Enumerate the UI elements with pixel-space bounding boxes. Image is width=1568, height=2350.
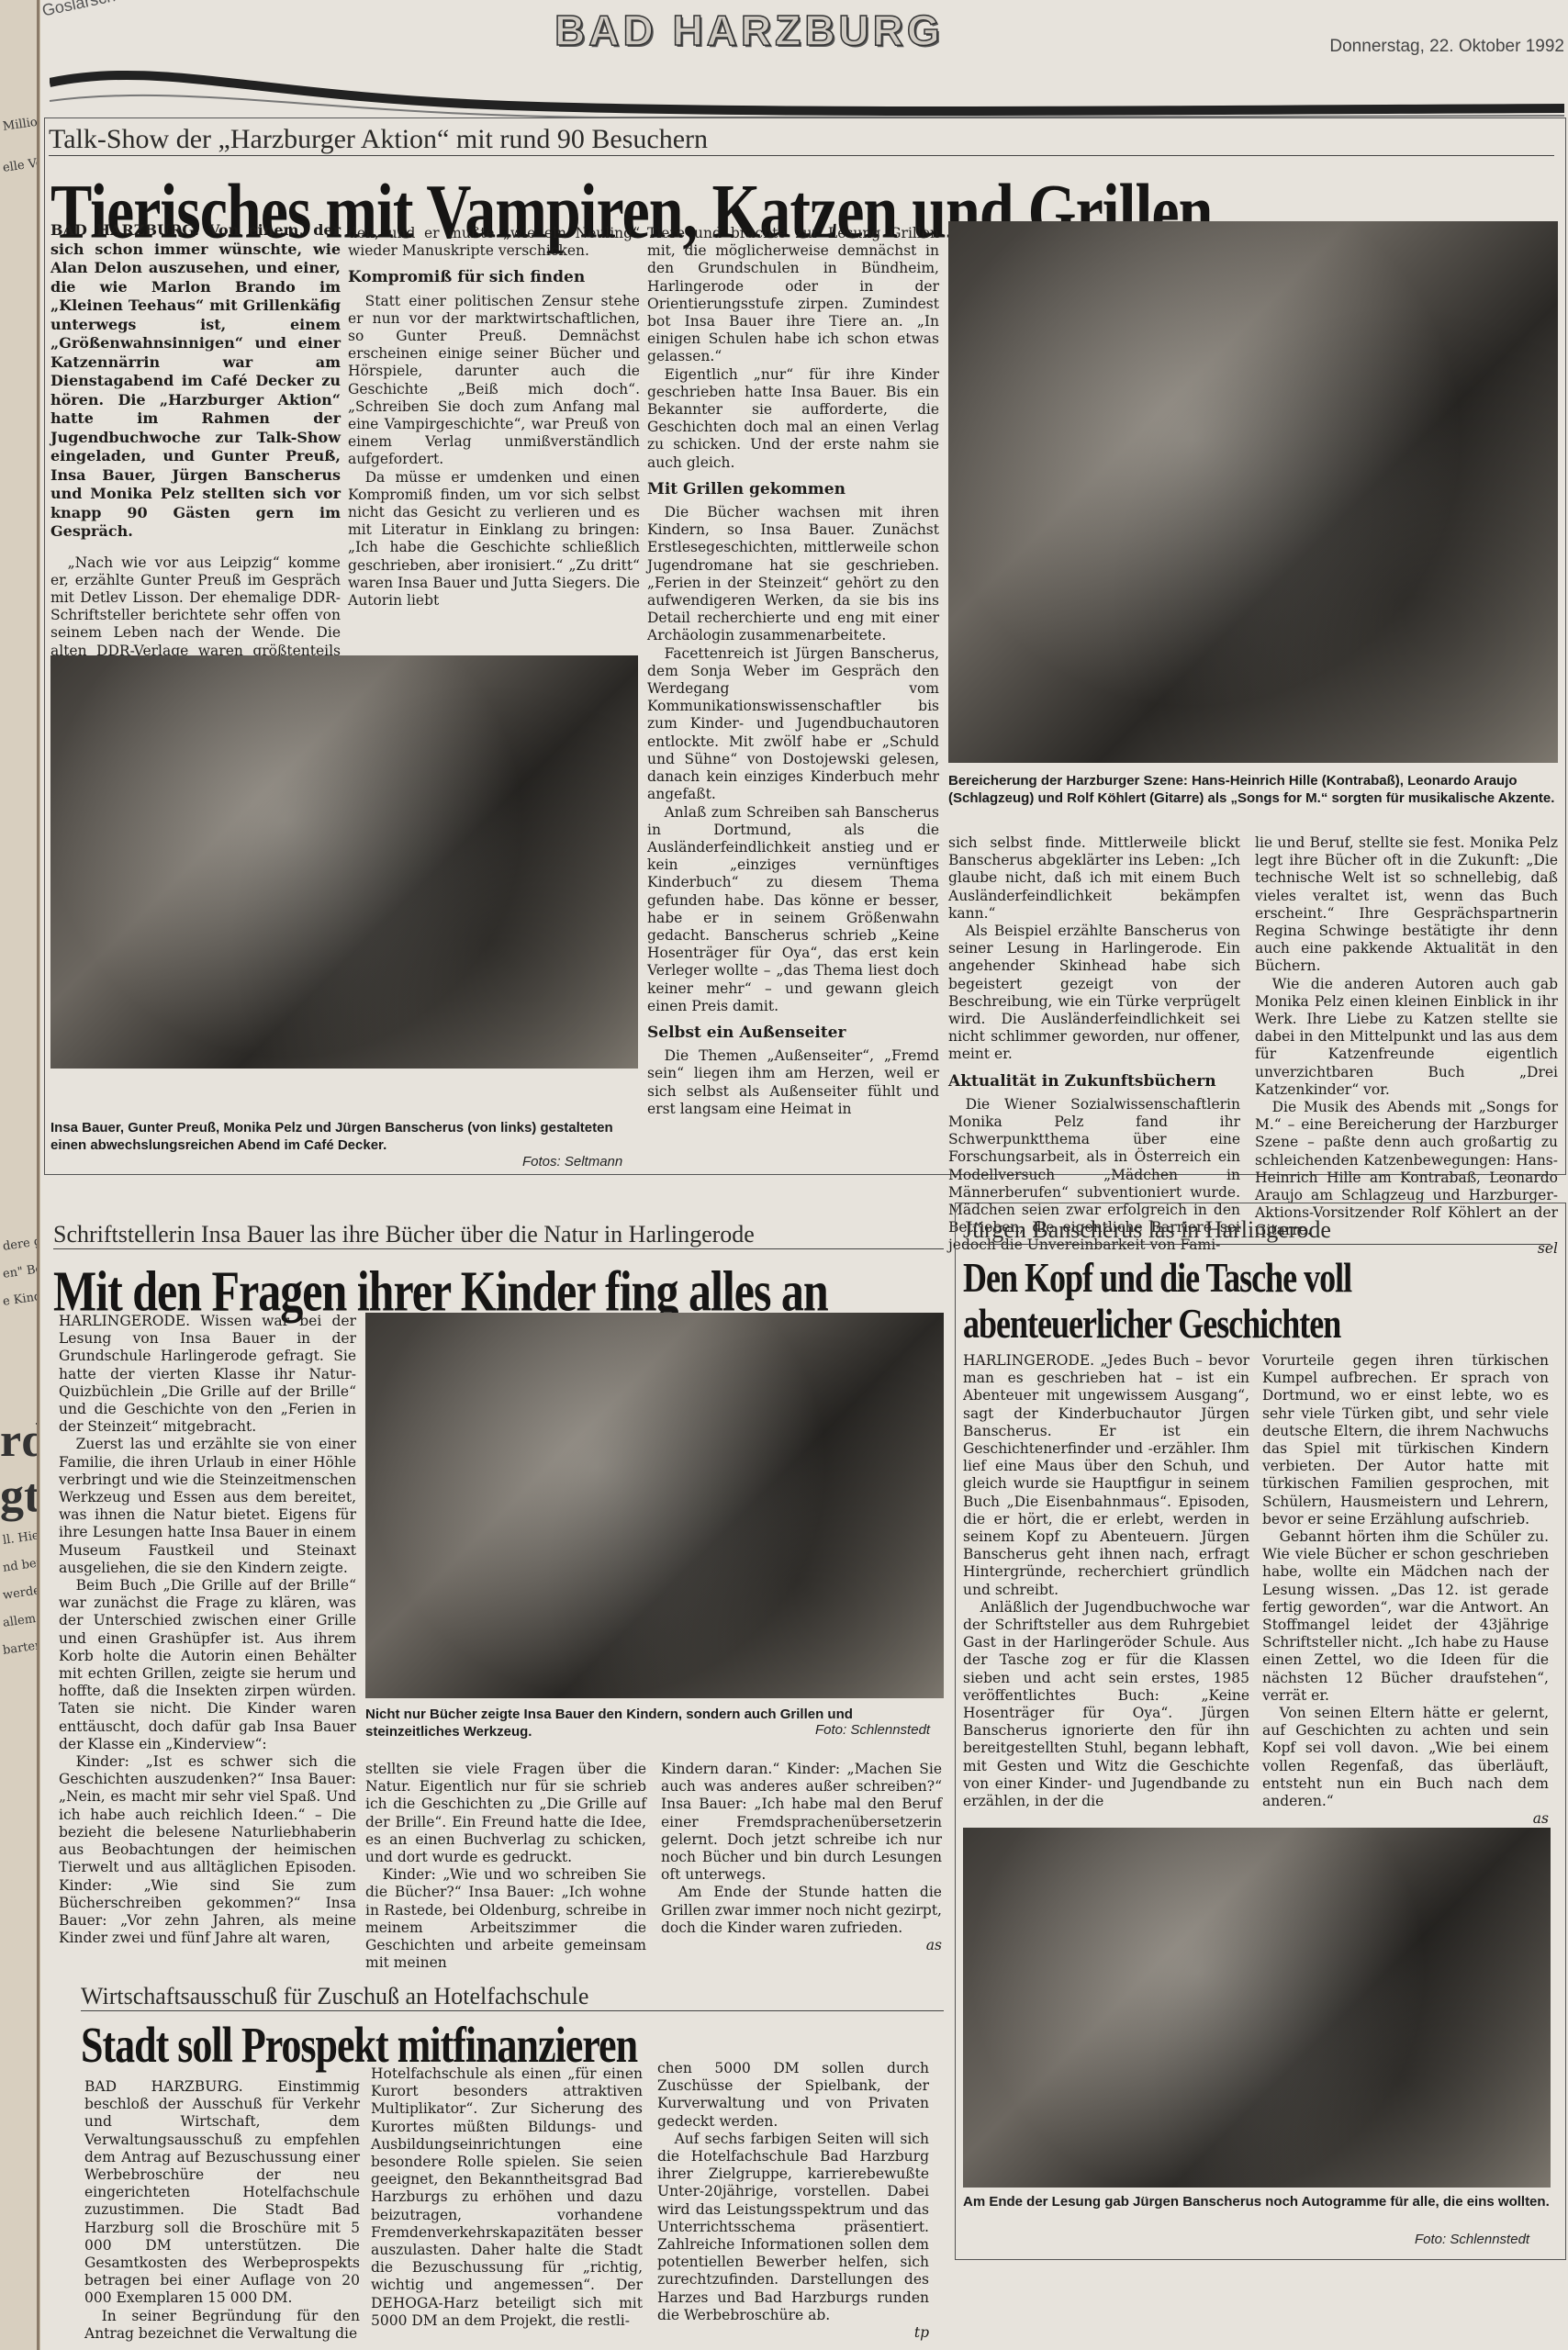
paragraph: Die Bücher wachsen mit ihren Kindern, so… <box>647 504 939 645</box>
subheading: Mit Grillen gekommen <box>647 481 939 498</box>
paragraph: BAD HARZBURG. Einstimmig beschloß der Au… <box>84 2078 360 2308</box>
lead-paragraph: BAD HARZBURG. Von einem, der sich schon … <box>50 221 341 542</box>
headline-line: Den Kopf und die Tasche voll <box>963 1255 1351 1301</box>
paragraph: stellten sie viele Fragen über die Natur… <box>365 1761 646 1866</box>
photo-credit: Foto: Schlennstedt <box>815 1722 930 1738</box>
photo-caption: Bereicherung der Harzburger Szene: Hans-… <box>948 772 1558 807</box>
paragraph: Tiere und brachte zur Lesung Grillen mit… <box>647 225 939 366</box>
photo-caption: Am Ende der Lesung gab Jürgen Banscherus… <box>963 2193 1551 2210</box>
photo-band-songs-for-m <box>948 221 1558 763</box>
paragraph: In seiner Begründung für den Antrag beze… <box>84 2308 360 2343</box>
paragraph: Als Beispiel erzählte Banscherus von sei… <box>948 923 1240 1064</box>
paragraph: Da müsse er umdenken und einen Kompromiß… <box>348 469 640 610</box>
paragraph: Kinder: „Ist es schwer sich die Geschich… <box>59 1753 356 1947</box>
adjacent-text-fragment: barten Woh <box>2 1633 39 1659</box>
subheading: Selbst ein Außenseiter <box>647 1024 939 1042</box>
kicker: Talk-Show der „Harzburger Aktion“ mit ru… <box>49 124 1554 156</box>
article-column: Kindern daran.“ Kinder: „Machen Sie auch… <box>661 1761 942 1954</box>
article-column: Tiere und brachte zur Lesung Grillen mit… <box>647 225 939 1118</box>
article-column: chen 5000 DM sollen durch Zuschüsse der … <box>657 2060 929 2342</box>
issue-date: Donnerstag, 22. Oktober 1992 <box>1329 37 1564 57</box>
adjacent-text-fragment: Millionen <box>2 111 39 135</box>
photo-authors-talkshow <box>50 655 638 1069</box>
paragraph: Kinder: „Wie und wo schreiben Sie die Bü… <box>365 1866 646 1972</box>
paragraph: sich selbst finde. Mittlerweile blickt B… <box>948 834 1240 923</box>
paragraph: Auf sechs farbigen Seiten will sich die … <box>657 2131 929 2324</box>
author-signature: tp <box>657 2324 929 2342</box>
adjacent-text-fragment: elle Verbe <box>2 152 39 177</box>
article-column: den, und er mußte „wie ein Neuling“ wied… <box>348 225 640 610</box>
adjacent-text-fragment: e Kinder z <box>2 1286 39 1311</box>
paragraph: Gebannt hörten ihm die Schüler zu. Wie v… <box>1262 1528 1549 1705</box>
article-column: lie und Beruf, stellte sie fest. Monika … <box>1255 834 1558 1258</box>
newspaper-page: Goslarsche Zeitung BAD HARZBURG Donnerst… <box>40 0 1568 2350</box>
article-column: HARLINGERODE. Wissen war bei der Lesung … <box>59 1313 356 1947</box>
masthead: Goslarsche Zeitung BAD HARZBURG Donnerst… <box>40 0 1568 119</box>
paragraph: chen 5000 DM sollen durch Zuschüsse der … <box>657 2060 929 2131</box>
article-talkshow: Talk-Show der „Harzburger Aktion“ mit ru… <box>44 117 1566 1175</box>
paragraph: Anlaß zum Schreiben sah Banscherus in Do… <box>647 804 939 1015</box>
article-column: HARLINGERODE. „Jedes Buch – bevor man es… <box>963 1352 1249 1810</box>
adjacent-text-fragment: werden. Ein <box>2 1578 39 1605</box>
adjacent-page-strip: Millionen elle Verbe dere gelte en" Bere… <box>0 0 39 2350</box>
paragraph: Beim Buch „Die Grille auf der Brille“ wa… <box>59 1577 356 1753</box>
paragraph: Die Themen „Außenseiter“, „Fremd sein“ l… <box>647 1047 939 1118</box>
paper-name: Goslarsche Zeitung <box>40 0 185 21</box>
kicker: Jürgen Banscherus las in Harlingerode <box>963 1216 1551 1245</box>
photo-credit: Foto: Schlennstedt <box>1415 2232 1529 2247</box>
adjacent-text-fragment: nd benötig <box>2 1551 39 1577</box>
article-banscherus: Jürgen Banscherus las in Harlingerode De… <box>955 1203 1566 2260</box>
article-column: stellten sie viele Fragen über die Natur… <box>365 1761 646 1972</box>
kicker: Schriftstellerin Insa Bauer las ihre Büc… <box>53 1221 944 1249</box>
subheading: Kompromiß für sich finden <box>348 269 640 286</box>
photo-credit: Fotos: Seltmann <box>522 1154 622 1169</box>
article-column: Hotelfachschule als einen „für einen Kur… <box>371 2065 643 2330</box>
paragraph: lie und Beruf, stellte sie fest. Monika … <box>1255 834 1558 976</box>
paragraph: HARLINGERODE. Wissen war bei der Lesung … <box>59 1313 356 1436</box>
paragraph: Wie die anderen Autoren auch gab Monika … <box>1255 976 1558 1099</box>
kicker: Wirtschaftsausschuß für Zuschuß an Hotel… <box>81 1983 944 2011</box>
adjacent-text-fragment: en" Berei <box>2 1259 39 1282</box>
paragraph: HARLINGERODE. „Jedes Buch – bevor man es… <box>963 1352 1249 1599</box>
article-column: BAD HARZBURG. Von einem, der sich schon … <box>50 221 341 677</box>
author-signature: as <box>661 1937 942 1954</box>
author-signature: as <box>1262 1810 1549 1828</box>
adjacent-headline-fragment: rd <box>0 1414 39 1469</box>
paragraph: den, und er mußte „wie ein Neuling“ wied… <box>348 225 640 260</box>
paragraph: Facettenreich ist Jürgen Banscherus, dem… <box>647 645 939 804</box>
paragraph: Eigentlich „nur“ für ihre Kinder geschri… <box>647 366 939 472</box>
adjacent-text-fragment: dere gelte <box>2 1231 39 1256</box>
article-column: Vorurteile gegen ihren türkischen Kumpel… <box>1262 1352 1549 1828</box>
article-column: BAD HARZBURG. Einstimmig beschloß der Au… <box>84 2078 360 2343</box>
headline-line: abenteuerlicher Geschichten <box>963 1301 1351 1347</box>
masthead-swoosh-icon <box>50 64 1564 119</box>
article-hotelfachschule: Wirtschaftsausschuß für Zuschuß an Hotel… <box>44 1983 953 2350</box>
paragraph: Vorurteile gegen ihren türkischen Kumpel… <box>1262 1352 1549 1528</box>
headline: Den Kopf und die Tasche voll abenteuerli… <box>963 1255 1351 1347</box>
paragraph: Anläßlich der Jugendbuchwoche war der Sc… <box>963 1599 1249 1810</box>
paragraph: Kindern daran.“ Kinder: „Machen Sie auch… <box>661 1761 942 1884</box>
adjacent-text-fragment: ll. Hier kön <box>2 1524 39 1550</box>
photo-caption: Insa Bauer, Gunter Preuß, Monika Pelz un… <box>50 1119 638 1154</box>
paragraph: Am Ende der Stunde hatten die Grillen zw… <box>661 1884 942 1937</box>
article-column: sich selbst finde. Mittlerweile blickt B… <box>948 834 1240 1255</box>
section-title: BAD HARZBURG <box>554 6 944 55</box>
paragraph: Statt einer politischen Zensur stehe er … <box>348 293 640 469</box>
paragraph: Hotelfachschule als einen „für einen Kur… <box>371 2065 643 2330</box>
adjacent-headline-fragment: gt <box>0 1469 39 1524</box>
paragraph: Von seinen Eltern hätte er gelernt, auf … <box>1262 1705 1549 1810</box>
article-insa-bauer: Schriftstellerin Insa Bauer las ihre Büc… <box>44 1221 953 1937</box>
photo-insa-bauer-with-children <box>365 1313 944 1698</box>
subheading: Aktualität in Zukunftsbüchern <box>948 1073 1240 1091</box>
photo-banscherus-autographs <box>963 1828 1551 2188</box>
paragraph: Zuerst las und erzählte sie von einer Fa… <box>59 1436 356 1577</box>
adjacent-text-fragment: allem von <box>2 1607 39 1632</box>
